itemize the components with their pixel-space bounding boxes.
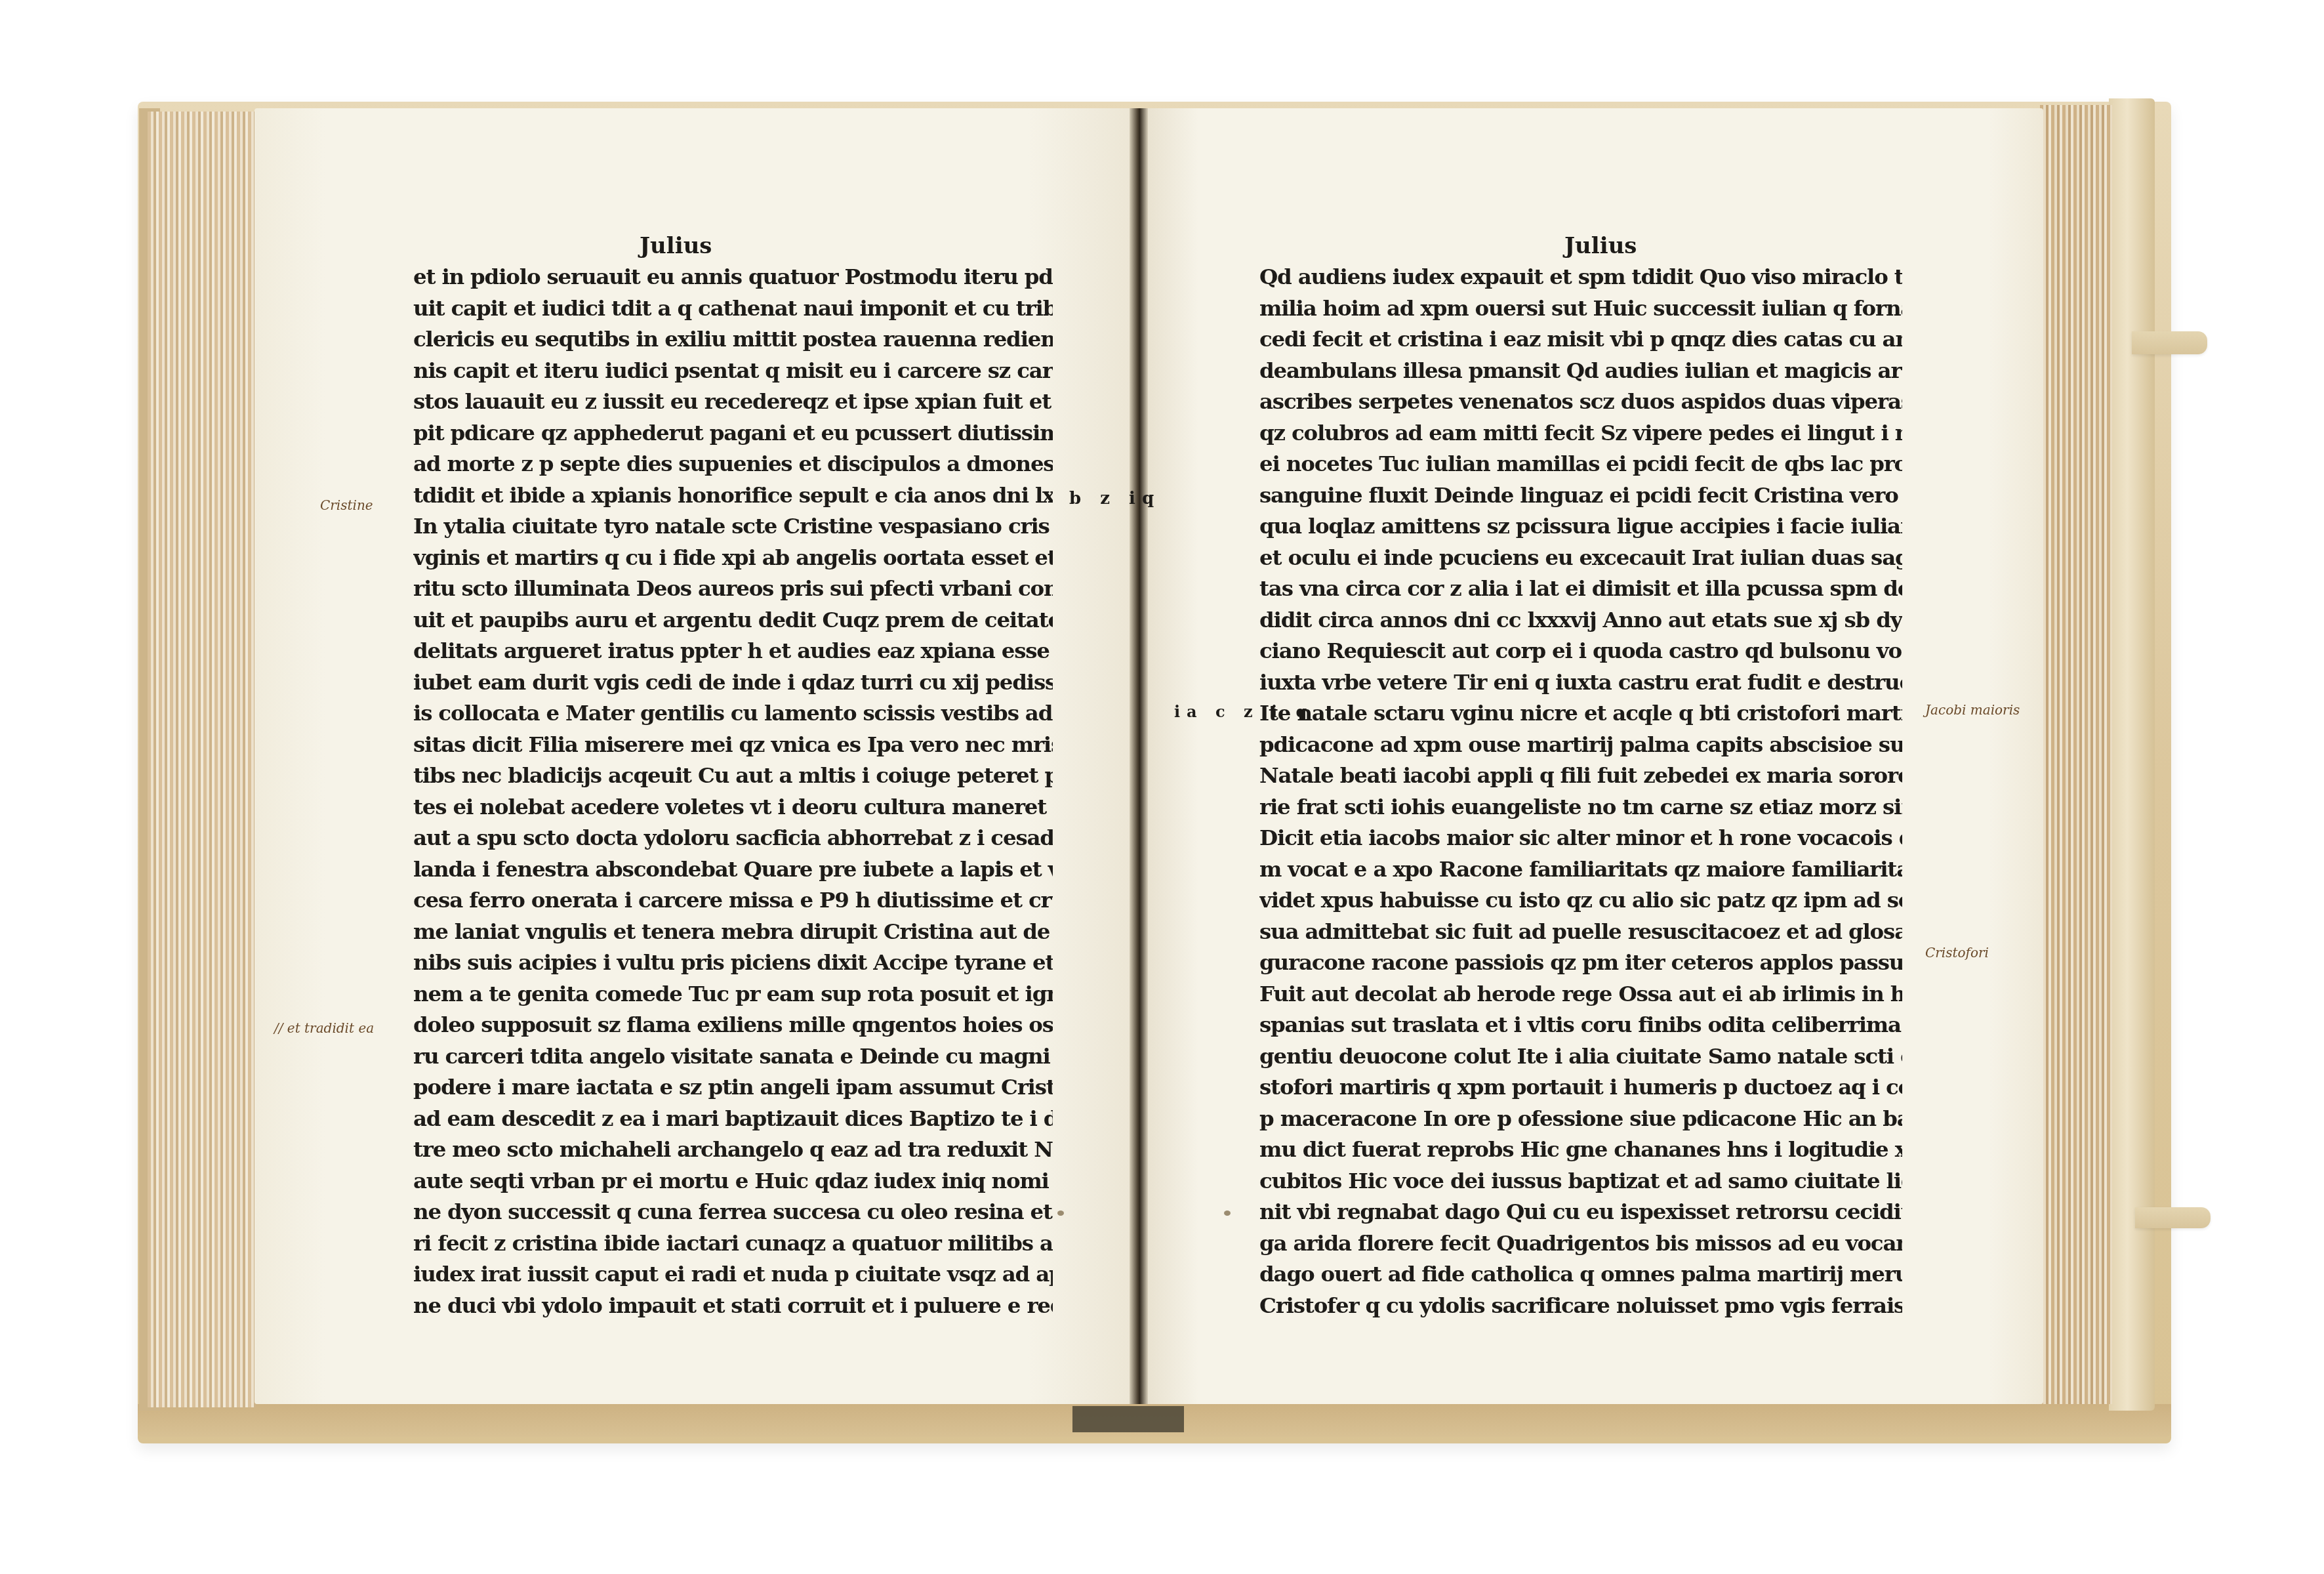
text-line: Fuit aut decolat ab herode rege Ossa aut… [1259, 978, 1902, 1010]
left-text-block: et in pdiolo seruauit eu annis quatuor P… [413, 261, 1053, 1321]
left-marginalia-2: // et tradidit ea [274, 1020, 374, 1036]
text-line: ne dyon successit q cuna ferrea succesa … [413, 1196, 1053, 1228]
text-line: uit et paupibs auru et argentu dedit Cuq… [413, 604, 1053, 636]
text-line: iudex irat iussit caput ei radi et nuda … [413, 1258, 1053, 1290]
right-text-block: Qd audiens iudex expauit et spm tdidit Q… [1259, 261, 1902, 1321]
text-line: videt xpus habuisse cu isto qz cu alio s… [1259, 884, 1902, 916]
right-marginalia-2: Cristofori [1925, 945, 1989, 961]
text-line: Qd audiens iudex expauit et spm tdidit Q… [1259, 261, 1902, 293]
text-line: is collocata e Mater gentilis cu lamento… [413, 697, 1053, 729]
text-line: ei nocetes Tuc iulian mamillas ei pcidi … [1259, 448, 1902, 480]
book-gutter [1130, 108, 1148, 1404]
text-line: sitas dicit Filia miserere mei qz vnica … [413, 729, 1053, 760]
text-line: ad morte z p septe dies supuenies et dis… [413, 448, 1053, 480]
text-line: stofori martiris q xpm portauit i humeri… [1259, 1071, 1902, 1103]
left-page-edges [148, 112, 256, 1407]
text-line: pit pdicare qz apphederut pagani et eu p… [413, 417, 1053, 449]
clasp-strap-top [2132, 331, 2207, 354]
text-line: tes ei nolebat acedere voletes vt i deor… [413, 791, 1053, 823]
text-line: aut a spu scto docta ydoloru sacficia ab… [413, 822, 1053, 854]
text-line: vginis et martirs q cu i fide xpi ab ang… [413, 542, 1053, 573]
text-line: Cristofer q cu ydolis sacrificare noluis… [1259, 1290, 1902, 1321]
text-line: tas vna circa cor z alia i lat ei dimisi… [1259, 573, 1902, 604]
text-line: sanguine fluxit Deinde linguaz ei pcidi … [1259, 480, 1902, 511]
text-line: In ytalia ciuitate tyro natale scte Cris… [413, 510, 1053, 542]
text-line: qua loqlaz amittens sz pcissura ligue ac… [1259, 510, 1902, 542]
text-line: iuxta vrbe vetere Tir eni q iuxta castru… [1259, 667, 1902, 698]
text-line: iubet eam durit vgis cedi de inde i qdaz… [413, 667, 1053, 698]
left-marginalia-1: Cristine [320, 497, 373, 513]
text-line: nit vbi regnabat dago Qui cu eu ispexiss… [1259, 1196, 1902, 1228]
text-line: aute seqti vrban pr ei mortu e Huic qdaz… [413, 1165, 1053, 1197]
text-line: tre meo scto michaheli archangelo q eaz … [413, 1134, 1053, 1165]
text-line: nis capit et iteru iudici psentat q misi… [413, 355, 1053, 386]
text-line: ritu scto illuminata Deos aureos pris su… [413, 573, 1053, 604]
text-line: cubitos Hic voce dei iussus baptizat et … [1259, 1165, 1902, 1197]
text-line: doleo supposuit sz flama exiliens mille … [413, 1009, 1053, 1041]
right-marginalia-1: Jacobi maioris [1925, 702, 2020, 718]
text-line: ru carceri tdita angelo visitate sanata … [413, 1041, 1053, 1072]
text-line: dago ouert ad fide catholica q omnes pal… [1259, 1258, 1902, 1290]
text-line: delitats argueret iratus ppter h et audi… [413, 635, 1053, 667]
text-line: nem a te genita comede Tuc pr eam sup ro… [413, 978, 1053, 1010]
text-line: ad eam descedit z ea i mari baptizauit d… [413, 1103, 1053, 1134]
text-line: deambulans illesa pmansit Qd audies iuli… [1259, 355, 1902, 386]
text-line: sua admittebat sic fuit ad puelle resusc… [1259, 916, 1902, 947]
text-line: ne duci vbi ydolo impauit et stati corru… [413, 1290, 1053, 1321]
left-signature-mark: b z iq [1069, 489, 1160, 508]
text-line: me laniat vngulis et tenera mebra dirupi… [413, 916, 1053, 947]
text-line: tdidit et ibide a xpianis honorifice sep… [413, 480, 1053, 511]
text-line: p maceracone In ore p ofessione siue pdi… [1259, 1103, 1902, 1134]
text-line: tibs nec bladicijs acqeuit Cu aut a mlti… [413, 760, 1053, 791]
text-line: Natale beati iacobi appli q fili fuit ze… [1259, 760, 1902, 791]
text-line: pdicacone ad xpm ouse martirij palma cap… [1259, 729, 1902, 760]
text-line: guracone racone passiois qz pm iter cete… [1259, 947, 1902, 978]
text-line: cedi fecit et cristina i eaz misit vbi p… [1259, 323, 1902, 355]
text-line: cesa ferro onerata i carcere missa e P9 … [413, 884, 1053, 916]
text-line: gentiu deuocone colut Ite i alia ciuitat… [1259, 1041, 1902, 1072]
text-line: milia hoim ad xpm ouersi sut Huic succes… [1259, 293, 1902, 324]
text-line: et in pdiolo seruauit eu annis quatuor P… [413, 261, 1053, 293]
text-line: mu dict fuerat reprobs Hic gne chananes … [1259, 1134, 1902, 1165]
text-line: uit capit et iudici tdit a q cathenat na… [413, 293, 1053, 324]
text-line: ga arida florere fecit Quadrigentos bis … [1259, 1228, 1902, 1259]
right-running-head: Julius [1564, 233, 1637, 259]
text-line: stos lauauit eu z iussit eu recedereqz e… [413, 386, 1053, 417]
text-line: ascribes serpetes venenatos scz duos asp… [1259, 386, 1902, 417]
text-line: clericis eu sequtibs in exiliu mittit po… [413, 323, 1053, 355]
text-line: didit circa annos dni cc lxxxvij Anno au… [1259, 604, 1902, 636]
right-pinhole [1224, 1211, 1231, 1216]
text-line: Ite natale sctaru vginu nicre et acqle q… [1259, 697, 1902, 729]
text-line: et oculu ei inde pcuciens eu excecauit I… [1259, 542, 1902, 573]
text-line: m vocat e a xpo Racone familiaritats qz … [1259, 854, 1902, 885]
text-line: nibs suis acipies i vultu pris piciens d… [413, 947, 1053, 978]
text-line: spanias sut traslata et i vltis coru fin… [1259, 1009, 1902, 1041]
text-line: podere i mare iactata e sz ptin angeli i… [413, 1071, 1053, 1103]
text-line: Dicit etia iacobs maior sic alter minor … [1259, 822, 1902, 854]
text-line: landa i fenestra abscondebat Quare pre i… [413, 854, 1053, 885]
text-line: ri fecit z cristina ibide iactari cunaqz… [413, 1228, 1053, 1259]
text-line: ciano Requiescit aut corp ei i quoda cas… [1259, 635, 1902, 667]
text-line: qz colubros ad eam mitti fecit Sz vipere… [1259, 417, 1902, 449]
clasp-strap-bottom [2135, 1207, 2211, 1228]
text-line: rie frat scti iohis euangeliste no tm ca… [1259, 791, 1902, 823]
left-running-head: Julius [640, 233, 712, 259]
right-page-edges [2040, 105, 2112, 1404]
right-signature-mark: ia c z i q [1174, 702, 1313, 721]
left-pinhole [1057, 1211, 1064, 1216]
spine-headband [1072, 1406, 1184, 1432]
